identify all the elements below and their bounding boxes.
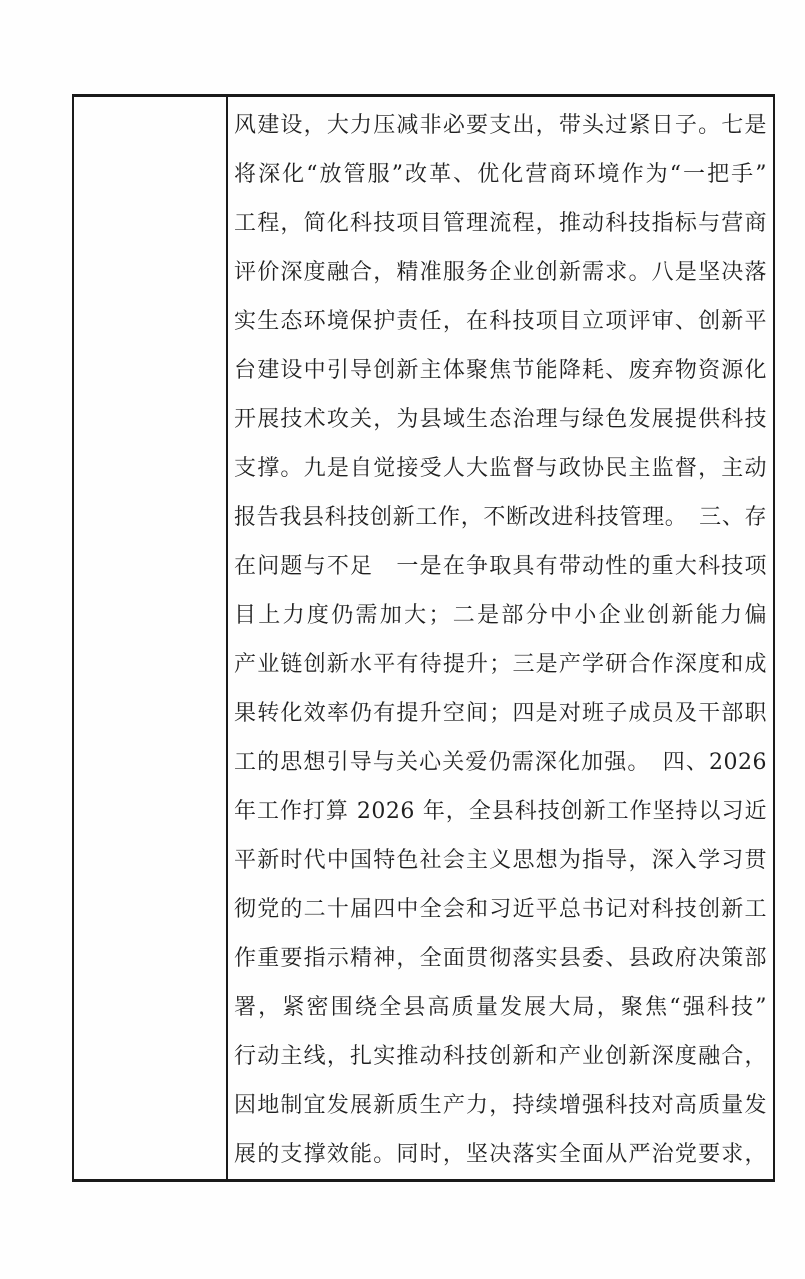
text-line: 工程，简化科技项目管理流程，推动科技指标与营商 <box>234 199 767 248</box>
document-table: 风建设，大力压减非必要支出，带头过紧日子。七是 将深化“放管服”改革、优化营商环… <box>72 94 775 1182</box>
text-line: 在问题与不足 一是在争取具有带动性的重大科技项 <box>234 542 767 591</box>
text-line: 将深化“放管服”改革、优化营商环境作为“一把手” <box>234 150 767 199</box>
text-line: 工的思想引导与关心关爱仍需深化加强。 四、2026 <box>234 738 767 787</box>
text-line: 开展技术攻关，为县域生态治理与绿色发展提供科技 <box>234 395 767 444</box>
table-left-cell <box>74 97 228 1179</box>
text-line: 年工作打算 2026 年，全县科技创新工作坚持以习近 <box>234 787 767 836</box>
text-line: 实生态环境保护责任，在科技项目立项评审、创新平 <box>234 297 767 346</box>
text-line: 果转化效率仍有提升空间；四是对班子成员及干部职 <box>234 689 767 738</box>
text-line: 报告我县科技创新工作，不断改进科技管理。 三、存 <box>234 493 767 542</box>
text-line: 因地制宜发展新质生产力，持续增强科技对高质量发 <box>234 1081 767 1130</box>
text-line: 台建设中引导创新主体聚焦节能降耗、废弃物资源化 <box>234 346 767 395</box>
text-line: 支撑。九是自觉接受人大监督与政协民主监督，主动 <box>234 444 767 493</box>
text-line: 目上力度仍需加大；二是部分中小企业创新能力偏弱， <box>234 591 767 640</box>
text-line: 署，紧密围绕全县高质量发展大局，聚焦“强科技” <box>234 983 767 1032</box>
scanned-document-page: 风建设，大力压减非必要支出，带头过紧日子。七是 将深化“放管服”改革、优化营商环… <box>0 0 805 1279</box>
table-right-cell: 风建设，大力压减非必要支出，带头过紧日子。七是 将深化“放管服”改革、优化营商环… <box>228 97 773 1179</box>
text-line: 彻党的二十届四中全会和习近平总书记对科技创新工 <box>234 885 767 934</box>
text-line: 平新时代中国特色社会主义思想为指导，深入学习贯 <box>234 836 767 885</box>
text-line: 评价深度融合，精准服务企业创新需求。八是坚决落 <box>234 248 767 297</box>
text-line: 产业链创新水平有待提升；三是产学研合作深度和成 <box>234 640 767 689</box>
text-line: 展的支撑效能。同时，坚决落实全面从严治党要求， <box>234 1130 767 1179</box>
text-line: 行动主线，扎实推动科技创新和产业创新深度融合， <box>234 1032 767 1081</box>
text-line: 风建设，大力压减非必要支出，带头过紧日子。七是 <box>234 101 767 150</box>
text-line: 作重要指示精神，全面贯彻落实县委、县政府决策部 <box>234 934 767 983</box>
